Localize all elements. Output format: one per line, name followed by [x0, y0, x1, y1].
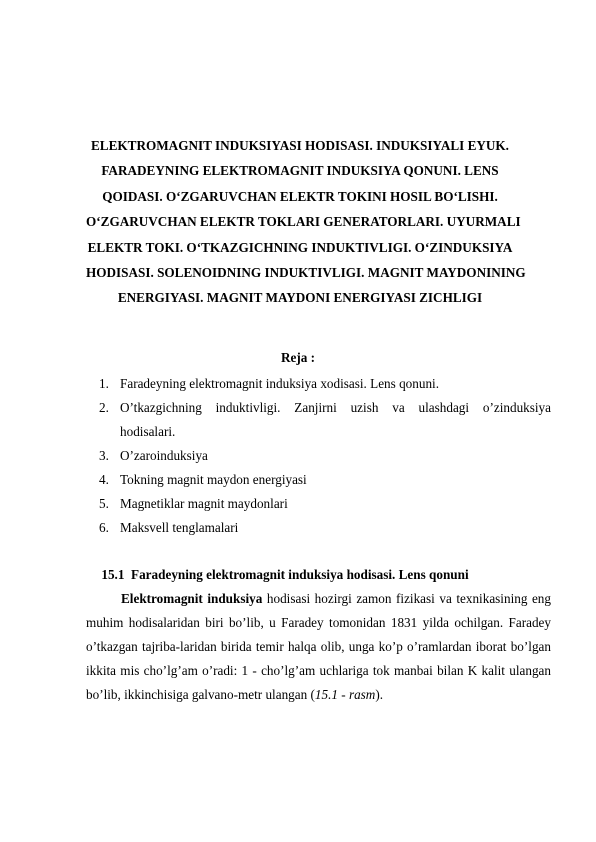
body-paragraph: Elektromagnit induksiya hodisasi hozirgi… [86, 587, 551, 707]
plan-item: 4. Tokning magnit maydon energiyasi [99, 468, 551, 492]
plan-item-text: Magnetiklar magnit maydonlari [120, 492, 551, 516]
plan-heading: Reja : [0, 349, 596, 367]
title-line: ELEKTR TOKI. O‘TKAZGICHNING INDUKTIVLIGI… [86, 235, 514, 260]
plan-item: 2. O’tkazgichning induktivligi. Zanjirni… [99, 396, 551, 444]
plan-item: 3. O’zaroinduksiya [99, 444, 551, 468]
plan-item-text: Maksvell tenglamalari [120, 516, 551, 540]
title-line: ELEKTROMAGNIT INDUKSIYASI HODISASI. INDU… [86, 133, 514, 158]
paragraph-text-end: ). [375, 687, 383, 702]
plan-item-number: 3. [99, 444, 109, 468]
plan-item-text-line: O’tkazgichning induktivligi. Zanjirni uz… [120, 396, 551, 420]
plan-item: 1. Faradeyning elektromagnit induksiya x… [99, 372, 551, 396]
document-title: ELEKTROMAGNIT INDUKSIYASI HODISASI. INDU… [86, 133, 514, 311]
document-page: ELEKTROMAGNIT INDUKSIYASI HODISASI. INDU… [0, 0, 596, 842]
plan-list: 1. Faradeyning elektromagnit induksiya x… [99, 372, 551, 540]
plan-item-number: 4. [99, 468, 109, 492]
plan-item: 5. Magnetiklar magnit maydonlari [99, 492, 551, 516]
bold-term: Elektromagnit induksiya [121, 591, 262, 606]
title-line: ENERGIYASI. MAGNIT MAYDONI ENERGIYASI ZI… [86, 285, 514, 310]
figure-reference: 15.1 - rasm [315, 687, 375, 702]
plan-item-text: O’tkazgichning induktivligi. Zanjirni uz… [120, 396, 551, 444]
plan-item-number: 5. [99, 492, 109, 516]
plan-item-number: 6. [99, 516, 109, 540]
paragraph-text: hodisasi hozirgi zamon fizikasi va texni… [86, 591, 551, 702]
plan-item-text: O’zaroinduksiya [120, 444, 551, 468]
title-line: HODISASI. SOLENOIDNING INDUKTIVLIGI. MAG… [86, 260, 514, 285]
title-line: O‘ZGARUVCHAN ELEKTR TOKLARI GENERATORLAR… [86, 209, 514, 234]
plan-item-number: 2. [99, 396, 109, 420]
section-heading: 15.1 Faradeyning elektromagnit induksiya… [0, 566, 596, 584]
plan-item-text: Faradeyning elektromagnit induksiya xodi… [120, 372, 551, 396]
title-line: QOIDASI. O‘ZGARUVCHAN ELEKTR TOKINI HOSI… [86, 184, 514, 209]
plan-item-text: Tokning magnit maydon energiyasi [120, 468, 551, 492]
plan-item-text-line: hodisalari. [120, 424, 175, 439]
title-line: FARADEYNING ELEKTROMAGNIT INDUKSIYA QONU… [86, 158, 514, 183]
plan-item: 6. Maksvell tenglamalari [99, 516, 551, 540]
plan-item-number: 1. [99, 372, 109, 396]
